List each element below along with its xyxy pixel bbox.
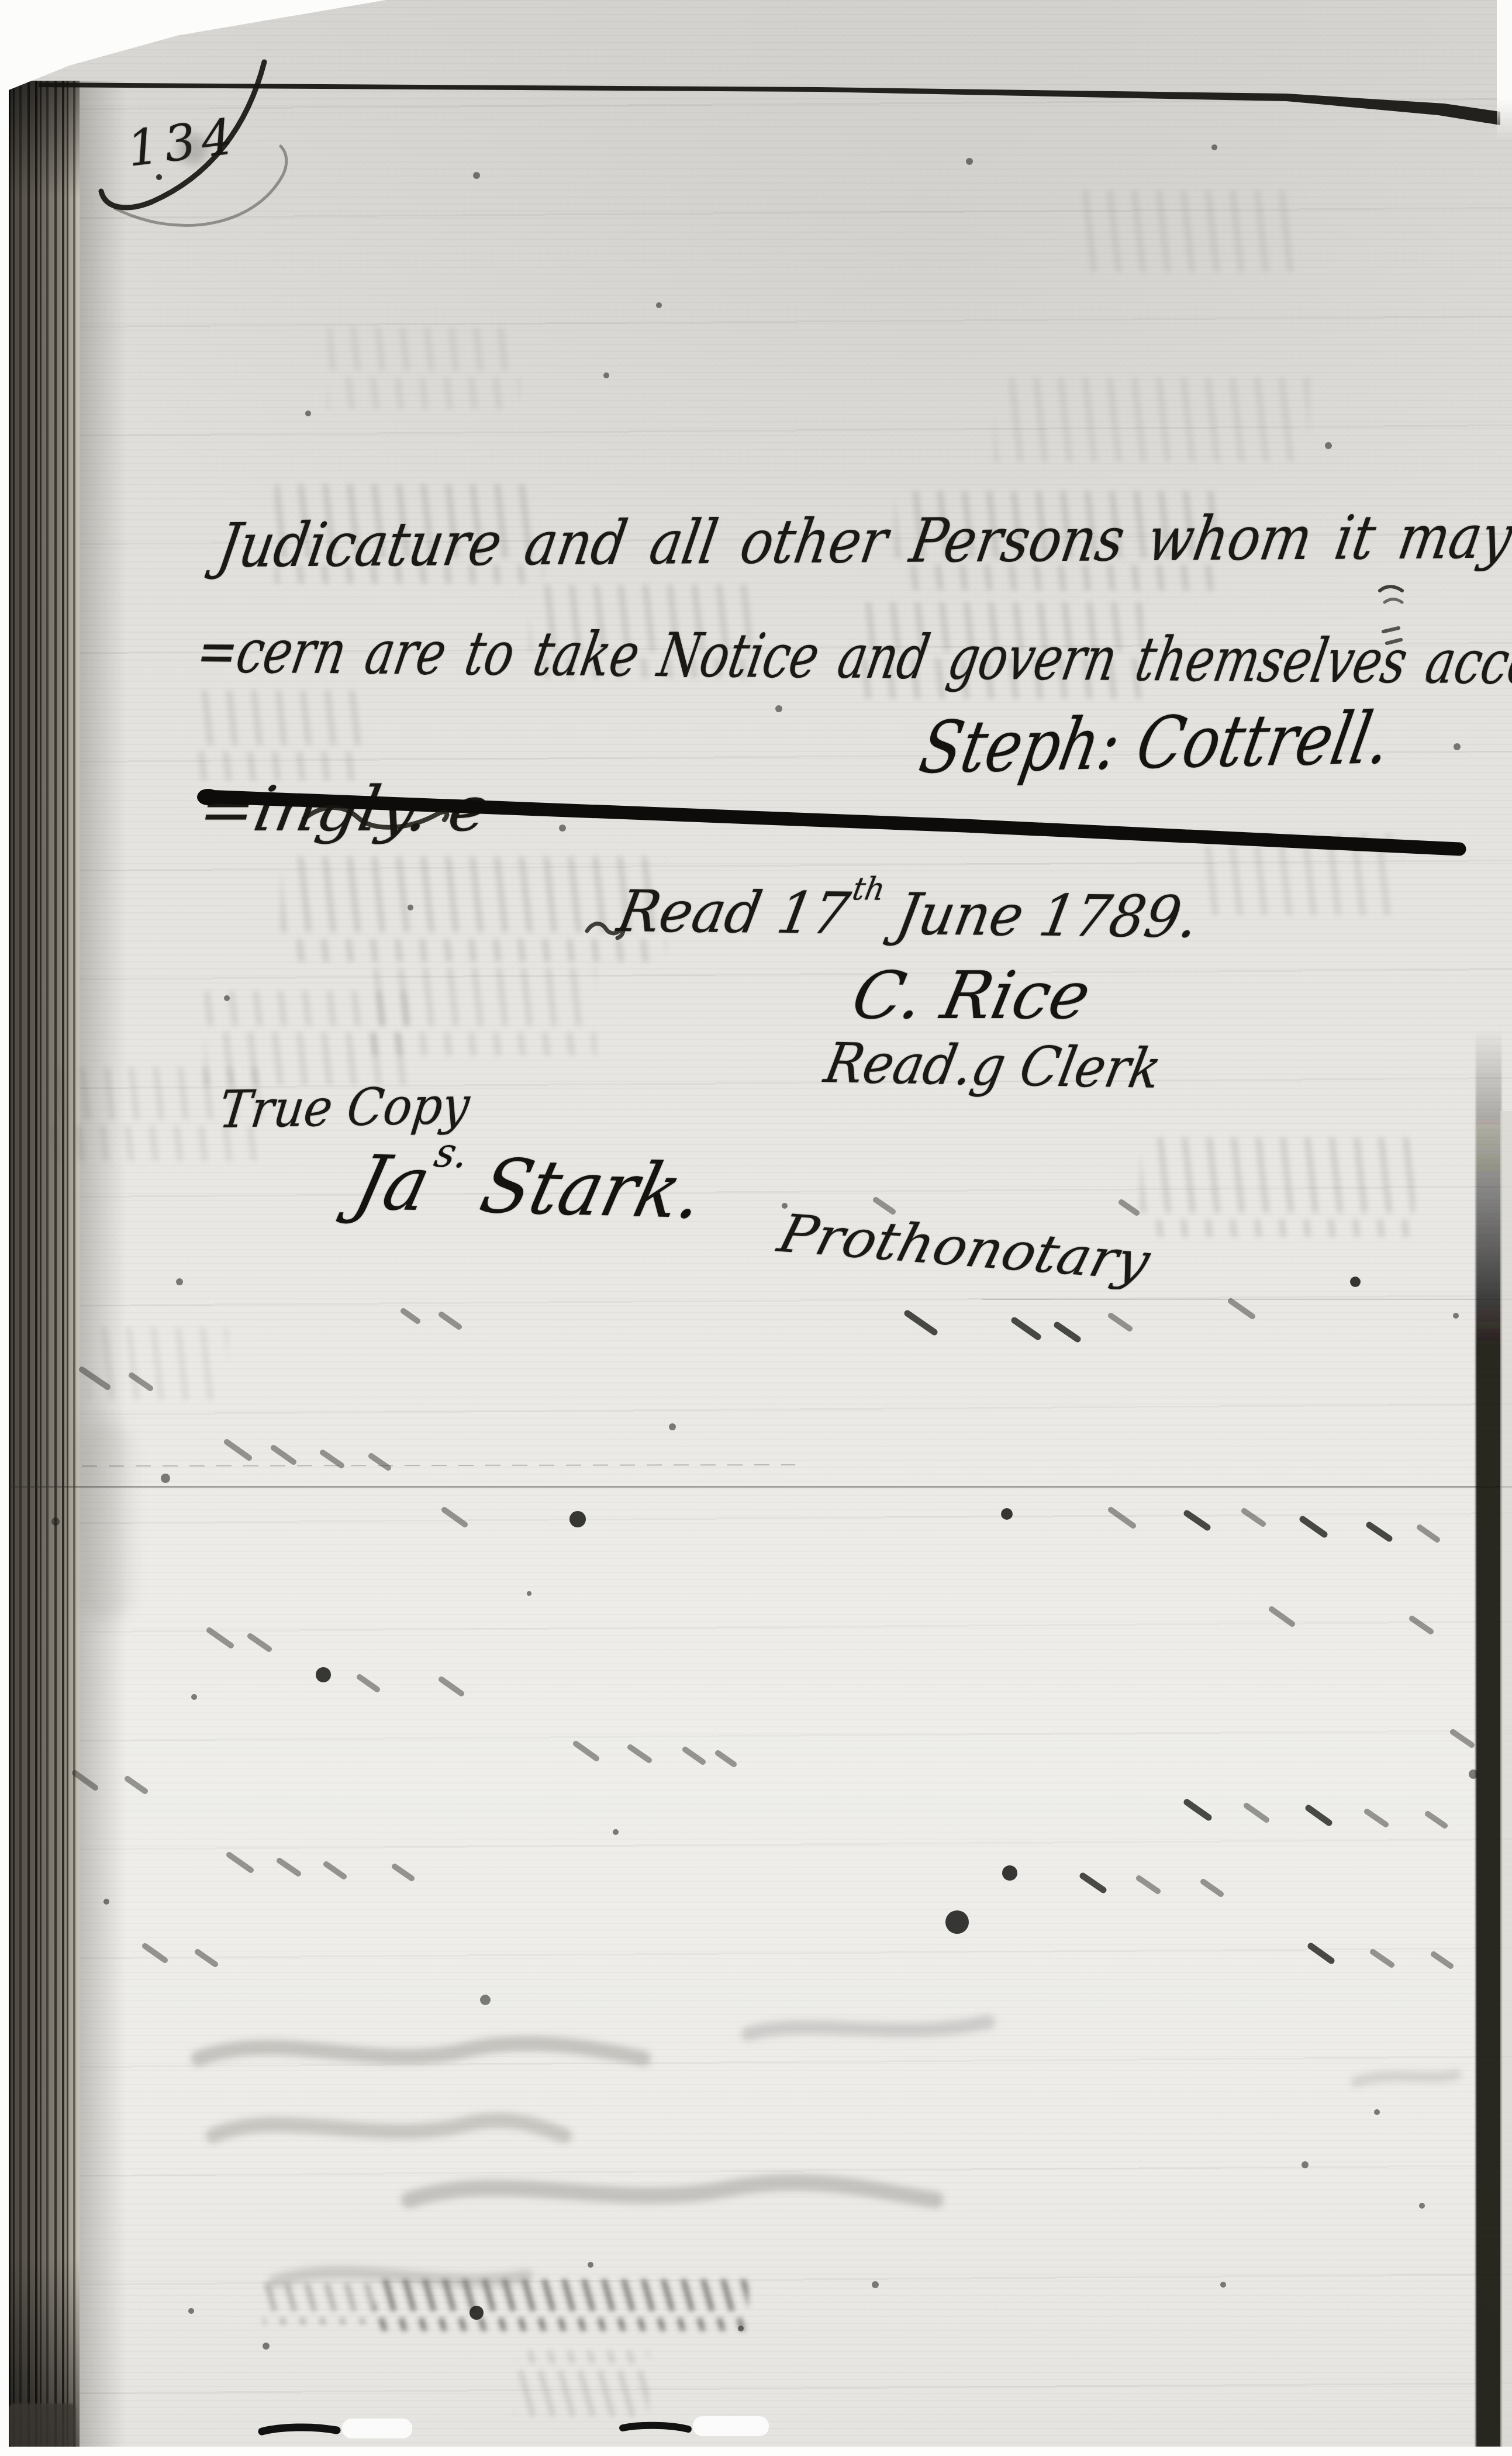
divider-rule: [205, 796, 1459, 849]
page-right-edge-light: [1500, 1111, 1512, 2447]
pen-flourishes: [304, 587, 1402, 938]
bottom-white-halo-1: [342, 2419, 412, 2438]
scan-corner-top-right: [1497, 0, 1512, 140]
ink-blots-strong: [316, 1277, 1361, 2320]
scan-margin-bottom: [0, 2447, 1512, 2456]
scanned-manuscript-page: 134 Judicature and all other Persons who…: [0, 0, 1512, 2456]
bottom-ink-dashes: [262, 2426, 688, 2431]
bottom-white-halo-2: [693, 2416, 769, 2436]
bottom-left-corner-shadow: [8, 2403, 75, 2448]
scan-margin-left: [0, 0, 9, 2456]
ink-and-edges-layer: [0, 0, 1512, 2456]
page-right-edge-shadow: [1476, 1029, 1501, 2447]
divider-rule-start-blob: [197, 789, 219, 805]
bleed-dash-marks-dark: [907, 1313, 1389, 1961]
bleed-dash-marks-light: [75, 1200, 1472, 1966]
ink-specks-weak: [51, 144, 1478, 2350]
